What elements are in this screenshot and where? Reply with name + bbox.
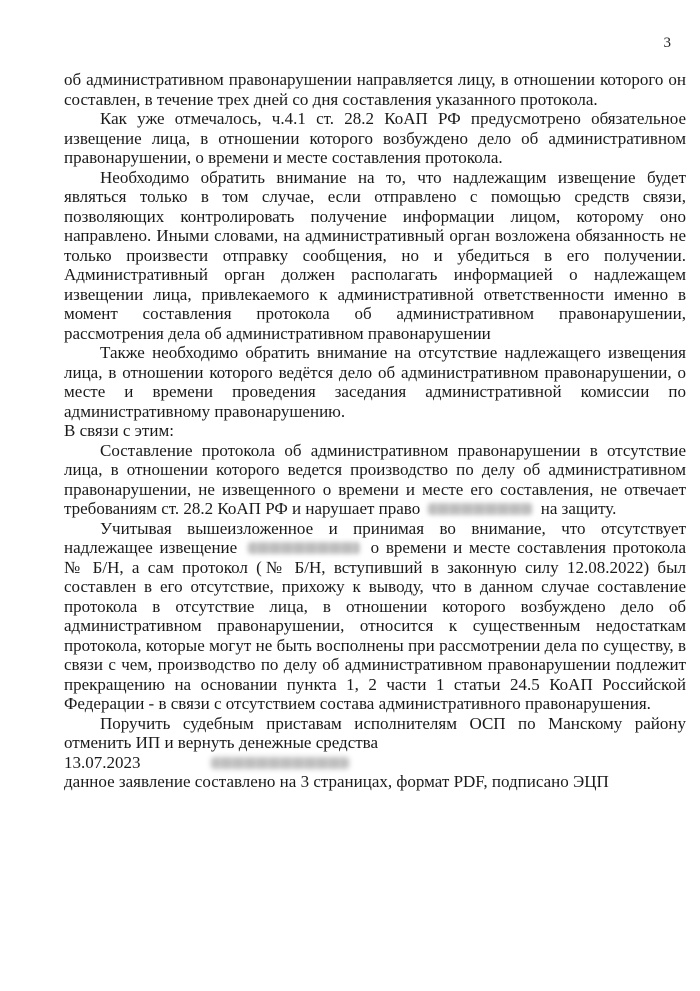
page-number: 3: [664, 35, 672, 51]
redacted-signature: [211, 757, 349, 769]
paragraph-conclusion-termination: Учитывая вышеизложенное и принимая во вн…: [64, 519, 686, 714]
document-date: 13.07.2023: [64, 753, 141, 772]
paragraph-protocol-defect: Составление протокола об административно…: [64, 441, 686, 519]
redacted-name-1: [428, 503, 532, 515]
text-after-redaction-2: о времени и месте составления протокола …: [64, 538, 686, 713]
date-signature-row: 13.07.2023: [64, 753, 686, 773]
document-page: 3 об административном правонарушении нап…: [0, 0, 700, 991]
paragraph-protocol-delivery: об административном правонарушении напра…: [64, 70, 686, 109]
paragraph-koap-28-2-notice: Как уже отмечалось, ч.4.1 ст. 28.2 КоАП …: [64, 109, 686, 168]
redacted-name-2: [248, 542, 360, 554]
paragraph-proper-notification-requirements: Необходимо обратить внимание на то, что …: [64, 168, 686, 344]
paragraph-in-this-regard: В связи с этим:: [64, 421, 686, 441]
paragraph-bailiffs-instruction: Поручить судебным приставам исполнителям…: [64, 714, 686, 753]
paragraph-absence-of-notification: Также необходимо обратить внимание на от…: [64, 343, 686, 421]
text-after-redaction-1: на защиту.: [541, 499, 617, 518]
footer-note: данное заявление составлено на 3 страниц…: [64, 772, 686, 792]
document-body: об административном правонарушении напра…: [64, 70, 686, 792]
